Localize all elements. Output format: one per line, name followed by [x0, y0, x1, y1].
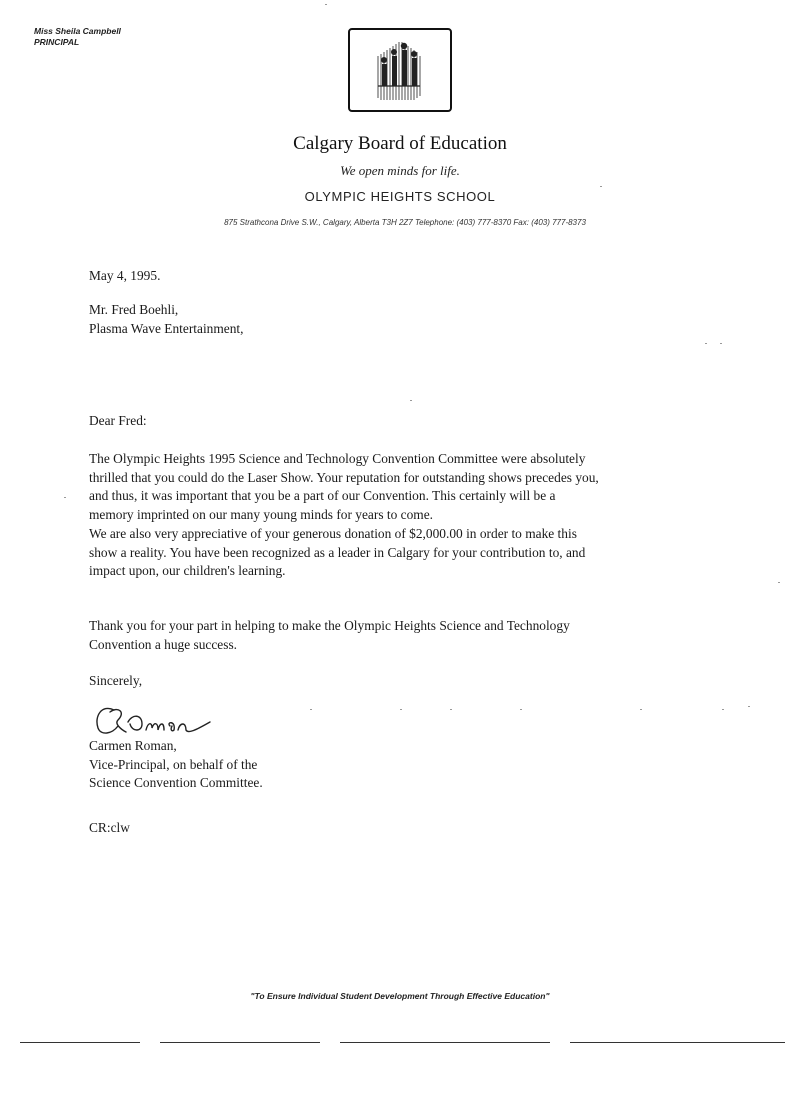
paragraph-line: We are also very appreciative of your ge…	[89, 525, 585, 544]
footer-rule	[570, 1042, 785, 1043]
paragraph-line: Convention a huge success.	[89, 636, 570, 655]
closing: Sincerely,	[89, 672, 142, 691]
footer-rule	[20, 1042, 140, 1043]
signer-title: Vice-Principal, on behalf of the	[89, 756, 263, 775]
principal-title: PRINCIPAL	[34, 37, 121, 48]
school-name: OLYMPIC HEIGHTS SCHOOL	[0, 189, 800, 204]
letter-date: May 4, 1995.	[89, 267, 160, 286]
footer-rule	[160, 1042, 320, 1043]
recipient-block: Mr. Fred Boehli, Plasma Wave Entertainme…	[89, 301, 243, 338]
reference-initials: CR:clw	[89, 819, 130, 838]
paragraph-line: thrilled that you could do the Laser Sho…	[89, 469, 599, 488]
signer-name: Carmen Roman,	[89, 737, 263, 756]
recipient-company: Plasma Wave Entertainment,	[89, 320, 243, 339]
paragraph-line: show a reality. You have been recognized…	[89, 544, 585, 563]
school-address: 875 Strathcona Drive S.W., Calgary, Albe…	[150, 218, 660, 227]
signer-block: Carmen Roman, Vice-Principal, on behalf …	[89, 737, 263, 793]
figures-logo-icon	[370, 36, 430, 108]
motto: We open minds for life.	[0, 163, 800, 179]
paragraph-line: The Olympic Heights 1995 Science and Tec…	[89, 450, 599, 469]
salutation: Dear Fred:	[89, 412, 147, 431]
paragraph-line: Thank you for your part in helping to ma…	[89, 617, 570, 636]
body-paragraph-1: The Olympic Heights 1995 Science and Tec…	[89, 450, 599, 524]
principal-block: Miss Sheila Campbell PRINCIPAL	[34, 26, 121, 48]
recipient-name: Mr. Fred Boehli,	[89, 301, 243, 320]
principal-name: Miss Sheila Campbell	[34, 26, 121, 37]
body-paragraph-3: Thank you for your part in helping to ma…	[89, 617, 570, 654]
signer-committee: Science Convention Committee.	[89, 774, 263, 793]
paragraph-line: impact upon, our children's learning.	[89, 562, 585, 581]
organization-name: Calgary Board of Education	[0, 133, 800, 155]
school-logo	[348, 28, 452, 112]
footer-rule	[340, 1042, 550, 1043]
body-paragraph-2: We are also very appreciative of your ge…	[89, 525, 585, 581]
paragraph-line: and thus, it was important that you be a…	[89, 487, 599, 506]
footer-quote: "To Ensure Individual Student Developmen…	[0, 991, 800, 1001]
paragraph-line: memory imprinted on our many young minds…	[89, 506, 599, 525]
